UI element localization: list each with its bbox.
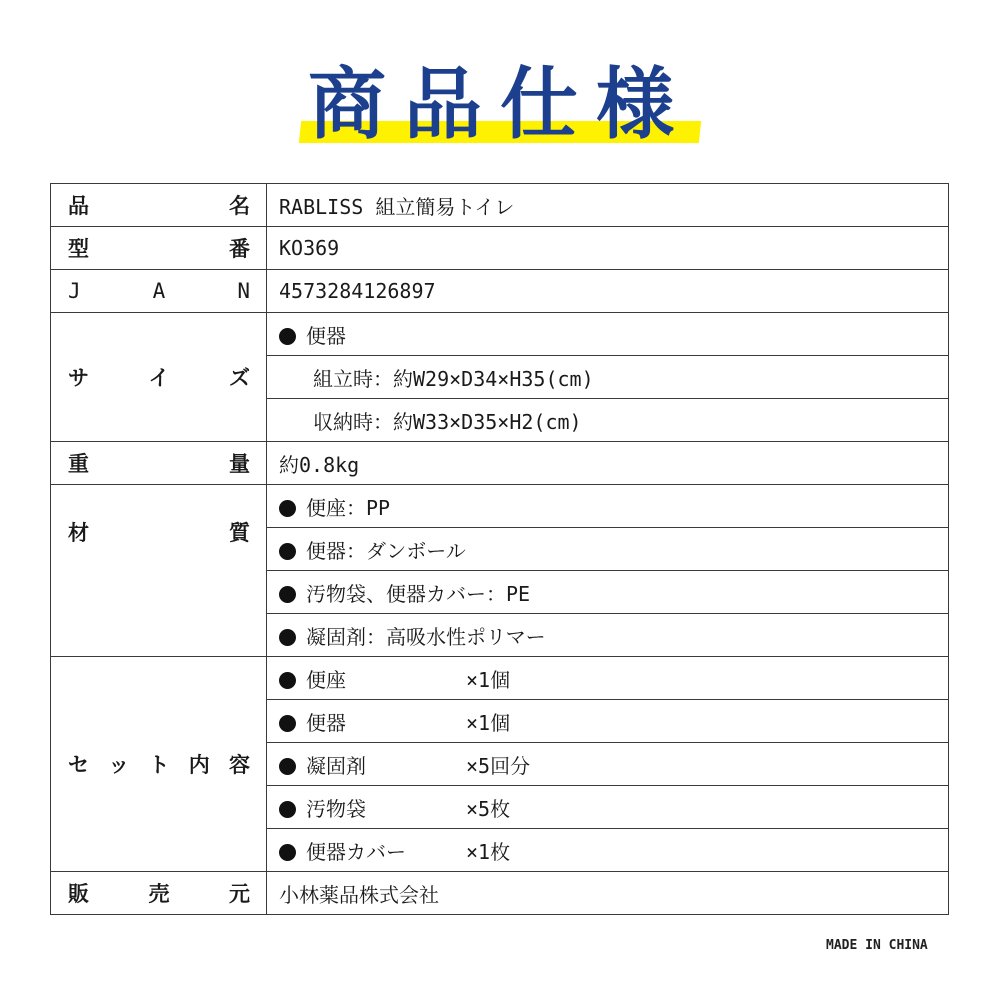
material-item: 便器：ダンボール — [267, 528, 949, 571]
label-product-name: 品名 — [51, 184, 267, 227]
label-set-contents: セット内容 — [51, 657, 267, 872]
set-item-name: 便座 — [306, 668, 346, 692]
set-item-name: 汚物袋 — [306, 797, 366, 821]
material-item: 凝固剤：高吸水性ポリマー — [267, 614, 949, 657]
size-stored: 収納時：約W33×D35×H2(cm) — [279, 406, 582, 435]
label-char: イ — [149, 362, 170, 392]
label-char: ッ — [108, 749, 129, 779]
value-model: KO369 — [267, 227, 949, 270]
material-text: 凝固剤：高吸水性ポリマー — [306, 625, 546, 649]
label-char: N — [237, 279, 250, 303]
set-item: 便座×1個 — [267, 657, 949, 700]
bullet-icon — [279, 629, 296, 646]
title-banner: 商品仕様 — [0, 55, 1000, 155]
label-char: サ — [68, 362, 89, 392]
label-material: 材質 — [51, 485, 267, 657]
label-char: ト — [149, 749, 170, 779]
value-size-assembled: 組立時：約W29×D34×H35(cm) — [267, 356, 949, 399]
material-item: 汚物袋、便器カバー：PE — [267, 571, 949, 614]
set-item-qty: ×1枚 — [466, 836, 510, 865]
set-item: 便器×1個 — [267, 700, 949, 743]
set-item-name: 便器カバー — [306, 840, 406, 864]
row-seller: 販売元 小林薬品株式会社 — [51, 872, 949, 915]
label-char: 量 — [229, 448, 250, 478]
set-item-name: 便器 — [306, 711, 346, 735]
set-item: 便器カバー×1枚 — [267, 829, 949, 872]
bullet-icon — [279, 500, 296, 517]
bullet-icon — [279, 672, 296, 689]
row-material-0: 材質 便座：PP — [51, 485, 949, 528]
material-item: 便座：PP — [267, 485, 949, 528]
label-weight: 重量 — [51, 442, 267, 485]
page-title: 商品仕様 — [0, 55, 1000, 155]
label-size: サイズ — [51, 313, 267, 442]
label-char: 型 — [68, 233, 89, 263]
row-model: 型番 KO369 — [51, 227, 949, 270]
label-char: 売 — [149, 878, 170, 908]
set-item-name: 凝固剤 — [306, 754, 366, 778]
row-size-heading: サイズ 便器 — [51, 313, 949, 356]
set-item-qty: ×5回分 — [466, 750, 530, 779]
row-set-0: セット内容 便座×1個 — [51, 657, 949, 700]
set-item-qty: ×1個 — [466, 707, 510, 736]
size-heading: 便器 — [306, 324, 346, 348]
value-jan: 4573284126897 — [267, 270, 949, 313]
row-weight: 重量 約0.8kg — [51, 442, 949, 485]
label-char: 品 — [68, 190, 89, 220]
label-char: 重 — [68, 448, 89, 478]
label-char: J — [68, 279, 81, 303]
value-product-name: RABLISS 組立簡易トイレ — [267, 184, 949, 227]
set-item: 凝固剤×5回分 — [267, 743, 949, 786]
value-seller: 小林薬品株式会社 — [267, 872, 949, 915]
label-char: 質 — [229, 517, 250, 547]
material-text: 便器：ダンボール — [306, 539, 466, 563]
label-char: 材 — [68, 517, 89, 547]
bullet-icon — [279, 844, 296, 861]
value-size-heading: 便器 — [267, 313, 949, 356]
bullet-icon — [279, 543, 296, 560]
label-char: A — [153, 279, 166, 303]
origin-label: MADE IN CHINA — [826, 938, 928, 953]
label-char: ズ — [229, 362, 250, 392]
bullet-icon — [279, 801, 296, 818]
size-assembled: 組立時：約W29×D34×H35(cm) — [279, 363, 594, 392]
value-size-stored: 収納時：約W33×D35×H2(cm) — [267, 399, 949, 442]
row-product-name: 品名 RABLISS 組立簡易トイレ — [51, 184, 949, 227]
label-char: 容 — [229, 749, 250, 779]
label-model: 型番 — [51, 227, 267, 270]
set-item: 汚物袋×5枚 — [267, 786, 949, 829]
bullet-icon — [279, 715, 296, 732]
set-item-qty: ×5枚 — [466, 793, 510, 822]
value-weight: 約0.8kg — [267, 442, 949, 485]
row-jan: JAN 4573284126897 — [51, 270, 949, 313]
label-jan: JAN — [51, 270, 267, 313]
label-char: 販 — [68, 878, 89, 908]
set-item-qty: ×1個 — [466, 664, 510, 693]
label-char: セ — [68, 749, 89, 779]
label-char: 番 — [229, 233, 250, 263]
material-text: 便座：PP — [306, 496, 390, 520]
label-char: 内 — [189, 749, 210, 779]
bullet-icon — [279, 328, 296, 345]
spec-table: 品名 RABLISS 組立簡易トイレ 型番 KO369 JAN 45732841… — [50, 183, 949, 915]
bullet-icon — [279, 586, 296, 603]
material-text: 汚物袋、便器カバー：PE — [306, 582, 530, 606]
label-char: 元 — [229, 878, 250, 908]
bullet-icon — [279, 758, 296, 775]
label-char: 名 — [229, 190, 250, 220]
label-seller: 販売元 — [51, 872, 267, 915]
